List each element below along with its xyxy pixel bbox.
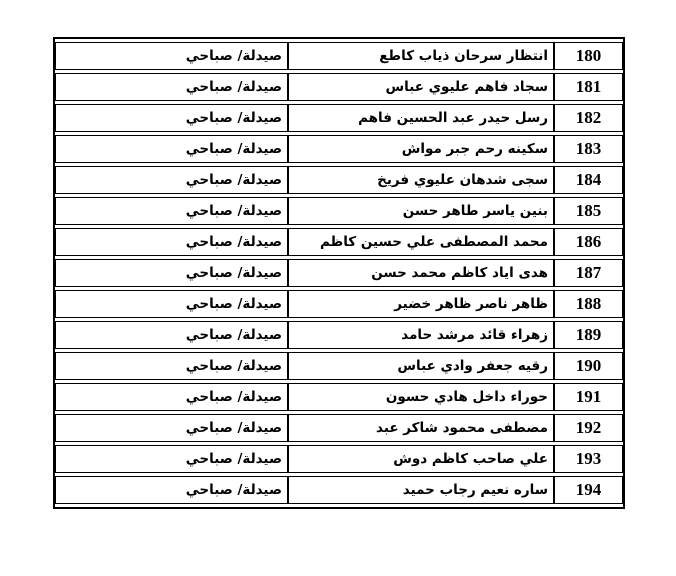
row-number-cell: 182 [554, 104, 623, 132]
department-shift-cell: صيدلة/ صباحي [55, 259, 288, 287]
document-page: 180 انتظار سرحان ذياب كاطع صيدلة/ صباحي … [0, 0, 676, 576]
table-row: 182 رسل حيدر عبد الحسين فاهم صيدلة/ صباح… [55, 104, 623, 132]
table-row: 189 زهراء قائد مرشد حامد صيدلة/ صباحي [55, 321, 623, 349]
table-row: 180 انتظار سرحان ذياب كاطع صيدلة/ صباحي [55, 42, 623, 70]
row-number-cell: 188 [554, 290, 623, 318]
row-number-cell: 187 [554, 259, 623, 287]
row-number-cell: 183 [554, 135, 623, 163]
department-shift-cell: صيدلة/ صباحي [55, 135, 288, 163]
department-shift-cell: صيدلة/ صباحي [55, 321, 288, 349]
roster-table-body: 180 انتظار سرحان ذياب كاطع صيدلة/ صباحي … [55, 42, 623, 504]
department-shift-cell: صيدلة/ صباحي [55, 352, 288, 380]
student-name-cell: هدى اياد كاظم محمد حسن [288, 259, 554, 287]
department-shift-cell: صيدلة/ صباحي [55, 476, 288, 504]
row-number-cell: 190 [554, 352, 623, 380]
row-number-cell: 191 [554, 383, 623, 411]
student-name-cell: سجى شدهان عليوي فريخ [288, 166, 554, 194]
student-roster-table: 180 انتظار سرحان ذياب كاطع صيدلة/ صباحي … [53, 37, 625, 509]
department-shift-cell: صيدلة/ صباحي [55, 73, 288, 101]
department-shift-cell: صيدلة/ صباحي [55, 197, 288, 225]
student-name-cell: رسل حيدر عبد الحسين فاهم [288, 104, 554, 132]
student-name-cell: سكينه رحم جبر مواش [288, 135, 554, 163]
table-row: 188 ظاهر ناصر ظاهر خضير صيدلة/ صباحي [55, 290, 623, 318]
table-row: 186 محمد المصطفى علي حسين كاظم صيدلة/ صب… [55, 228, 623, 256]
department-shift-cell: صيدلة/ صباحي [55, 445, 288, 473]
table-row: 187 هدى اياد كاظم محمد حسن صيدلة/ صباحي [55, 259, 623, 287]
row-number-cell: 180 [554, 42, 623, 70]
department-shift-cell: صيدلة/ صباحي [55, 383, 288, 411]
student-name-cell: بنين ياسر طاهر حسن [288, 197, 554, 225]
table-row: 183 سكينه رحم جبر مواش صيدلة/ صباحي [55, 135, 623, 163]
student-name-cell: انتظار سرحان ذياب كاطع [288, 42, 554, 70]
table-row: 194 ساره نعيم رجاب حميد صيدلة/ صباحي [55, 476, 623, 504]
row-number-cell: 194 [554, 476, 623, 504]
row-number-cell: 192 [554, 414, 623, 442]
row-number-cell: 181 [554, 73, 623, 101]
department-shift-cell: صيدلة/ صباحي [55, 166, 288, 194]
row-number-cell: 184 [554, 166, 623, 194]
student-name-cell: سجاد فاهم عليوي عباس [288, 73, 554, 101]
student-name-cell: حوراء داخل هادي حسون [288, 383, 554, 411]
table-row: 191 حوراء داخل هادي حسون صيدلة/ صباحي [55, 383, 623, 411]
table-row: 190 رقيه جعفر وادي عباس صيدلة/ صباحي [55, 352, 623, 380]
row-number-cell: 193 [554, 445, 623, 473]
table-row: 185 بنين ياسر طاهر حسن صيدلة/ صباحي [55, 197, 623, 225]
department-shift-cell: صيدلة/ صباحي [55, 228, 288, 256]
department-shift-cell: صيدلة/ صباحي [55, 290, 288, 318]
student-name-cell: زهراء قائد مرشد حامد [288, 321, 554, 349]
row-number-cell: 186 [554, 228, 623, 256]
department-shift-cell: صيدلة/ صباحي [55, 42, 288, 70]
student-name-cell: رقيه جعفر وادي عباس [288, 352, 554, 380]
row-number-cell: 185 [554, 197, 623, 225]
student-name-cell: علي صاحب كاظم دوش [288, 445, 554, 473]
table-row: 181 سجاد فاهم عليوي عباس صيدلة/ صباحي [55, 73, 623, 101]
student-name-cell: محمد المصطفى علي حسين كاظم [288, 228, 554, 256]
table-row: 192 مصطفى محمود شاكر عبد صيدلة/ صباحي [55, 414, 623, 442]
table-row: 184 سجى شدهان عليوي فريخ صيدلة/ صباحي [55, 166, 623, 194]
student-name-cell: ساره نعيم رجاب حميد [288, 476, 554, 504]
student-name-cell: ظاهر ناصر ظاهر خضير [288, 290, 554, 318]
row-number-cell: 189 [554, 321, 623, 349]
table-row: 193 علي صاحب كاظم دوش صيدلة/ صباحي [55, 445, 623, 473]
student-name-cell: مصطفى محمود شاكر عبد [288, 414, 554, 442]
department-shift-cell: صيدلة/ صباحي [55, 414, 288, 442]
department-shift-cell: صيدلة/ صباحي [55, 104, 288, 132]
